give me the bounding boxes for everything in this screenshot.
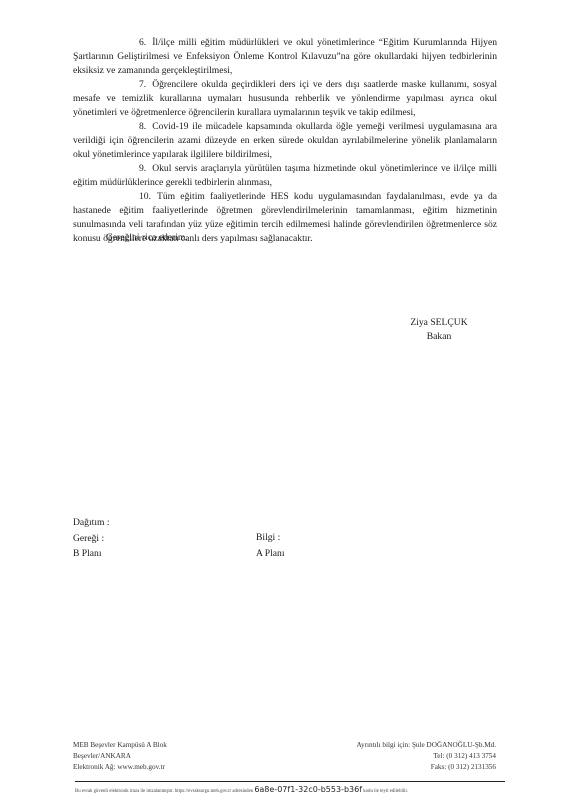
footer-address: MEB Beşevler Kampüsü A Blok Beşevler/ANK… [73,740,167,773]
paragraph-6: 6.İl/ilçe milli eğitim müdürlükleri ve o… [73,36,497,78]
closing-line: Gereğini rica ederim. [106,232,188,243]
paragraph-number: 10. [106,190,151,204]
signature-block: Ziya SELÇUK Bakan [398,316,480,344]
signatory-title: Bakan [398,330,480,344]
address-line: Beşevler/ANKARA [73,751,167,762]
contact-phone: Tel: (0 312) 413 3754 [357,751,497,762]
paragraph-number: 9. [106,162,146,176]
distribution-action-label: Gereği : [73,531,110,547]
paragraph-number: 7. [106,78,146,92]
address-line: MEB Beşevler Kampüsü A Blok [73,740,167,751]
distribution-block: Dağıtım : Gereği : B Planı [73,515,110,562]
paragraph-9: 9.Okul servis araçlarıyla yürütülen taşı… [73,162,497,190]
footer-contact: Ayrıntılı bilgi için: Şule DOĞANOĞLU-Şb.… [357,740,497,773]
signatory-name: Ziya SELÇUK [398,316,480,330]
paragraph-number: 6. [106,36,146,50]
footer-divider [75,781,505,782]
distribution-action-value: B Planı [73,546,110,562]
distribution-info-label: Bilgi : [256,530,285,546]
contact-fax: Faks: (0 312) 2131356 [357,762,497,773]
verification-suffix: kodu ile teyit edilebilir. [363,789,408,794]
paragraph-number: 8. [106,120,146,134]
paragraph-8: 8.Covid-19 ile mücadele kapsamında okull… [73,120,497,162]
distribution-info-value: A Planı [256,546,285,562]
contact-person: Ayrıntılı bilgi için: Şule DOĞANOĞLU-Şb.… [357,740,497,751]
distribution-heading: Dağıtım : [73,515,110,531]
distribution-info-block: Bilgi : A Planı [256,530,285,561]
verification-prefix: Bu evrak güvenli elektronik imza ile imz… [75,789,253,794]
document-body: 6.İl/ilçe milli eğitim müdürlükleri ve o… [73,36,497,246]
verification-code: 6a8e-07f1-32c0-b553-b36f [254,785,362,794]
website-line: Elektronik Ağ: www.meb.gov.tr [73,762,167,773]
paragraph-7: 7.Öğrencilere okulda geçirdikleri ders i… [73,78,497,120]
verification-line: Bu evrak güvenli elektronik imza ile imz… [75,785,515,794]
